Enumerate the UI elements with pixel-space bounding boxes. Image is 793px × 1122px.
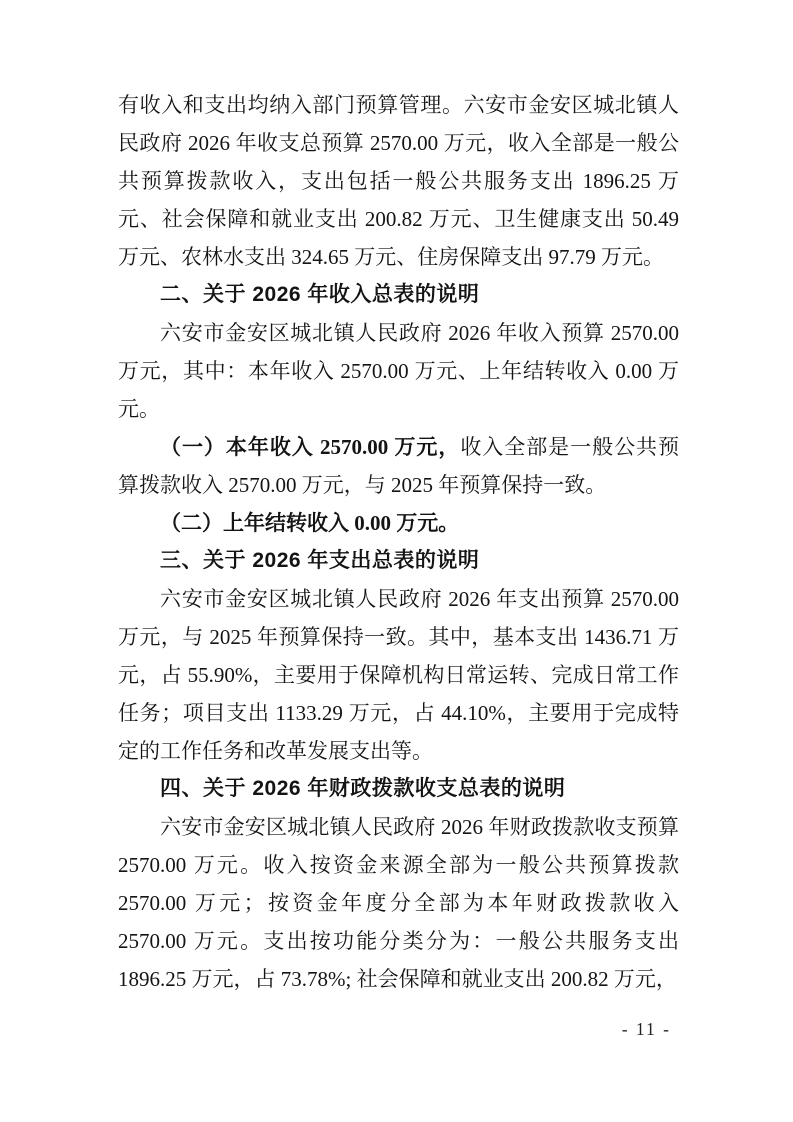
document-body: 有收入和支出均纳入部门预算管理。六安市金安区城北镇人民政府 2026 年收支总预… — [118, 86, 679, 998]
paragraph-fiscal-appropriation: 六安市金安区城北镇人民政府 2026 年财政拨款收支预算 2570.00 万元。… — [118, 808, 679, 998]
paragraph-expenditure-total: 六安市金安区城北镇人民政府 2026 年支出预算 2570.00 万元，与 20… — [118, 580, 679, 770]
page-number: - 11 - — [622, 1017, 671, 1041]
paragraph-carryover-income: （二）上年结转收入 0.00 万元。 — [118, 504, 679, 542]
paragraph-current-year-income: （一）本年收入 2570.00 万元，收入全部是一般公共预算拨款收入 2570.… — [118, 428, 679, 504]
paragraph-overview-continuation: 有收入和支出均纳入部门预算管理。六安市金安区城北镇人民政府 2026 年收支总预… — [118, 86, 679, 276]
paragraph-income-total: 六安市金安区城北镇人民政府 2026 年收入预算 2570.00 万元，其中：本… — [118, 314, 679, 428]
section-heading-income-summary: 二、关于 2026 年收入总表的说明 — [118, 276, 679, 314]
paragraph-current-year-income-lead: （一）本年收入 2570.00 万元， — [160, 435, 460, 459]
section-heading-expenditure-summary: 三、关于 2026 年支出总表的说明 — [118, 542, 679, 580]
section-heading-fiscal-appropriation-summary: 四、关于 2026 年财政拨款收支总表的说明 — [118, 770, 679, 808]
document-page: 有收入和支出均纳入部门预算管理。六安市金安区城北镇人民政府 2026 年收支总预… — [0, 0, 793, 1122]
